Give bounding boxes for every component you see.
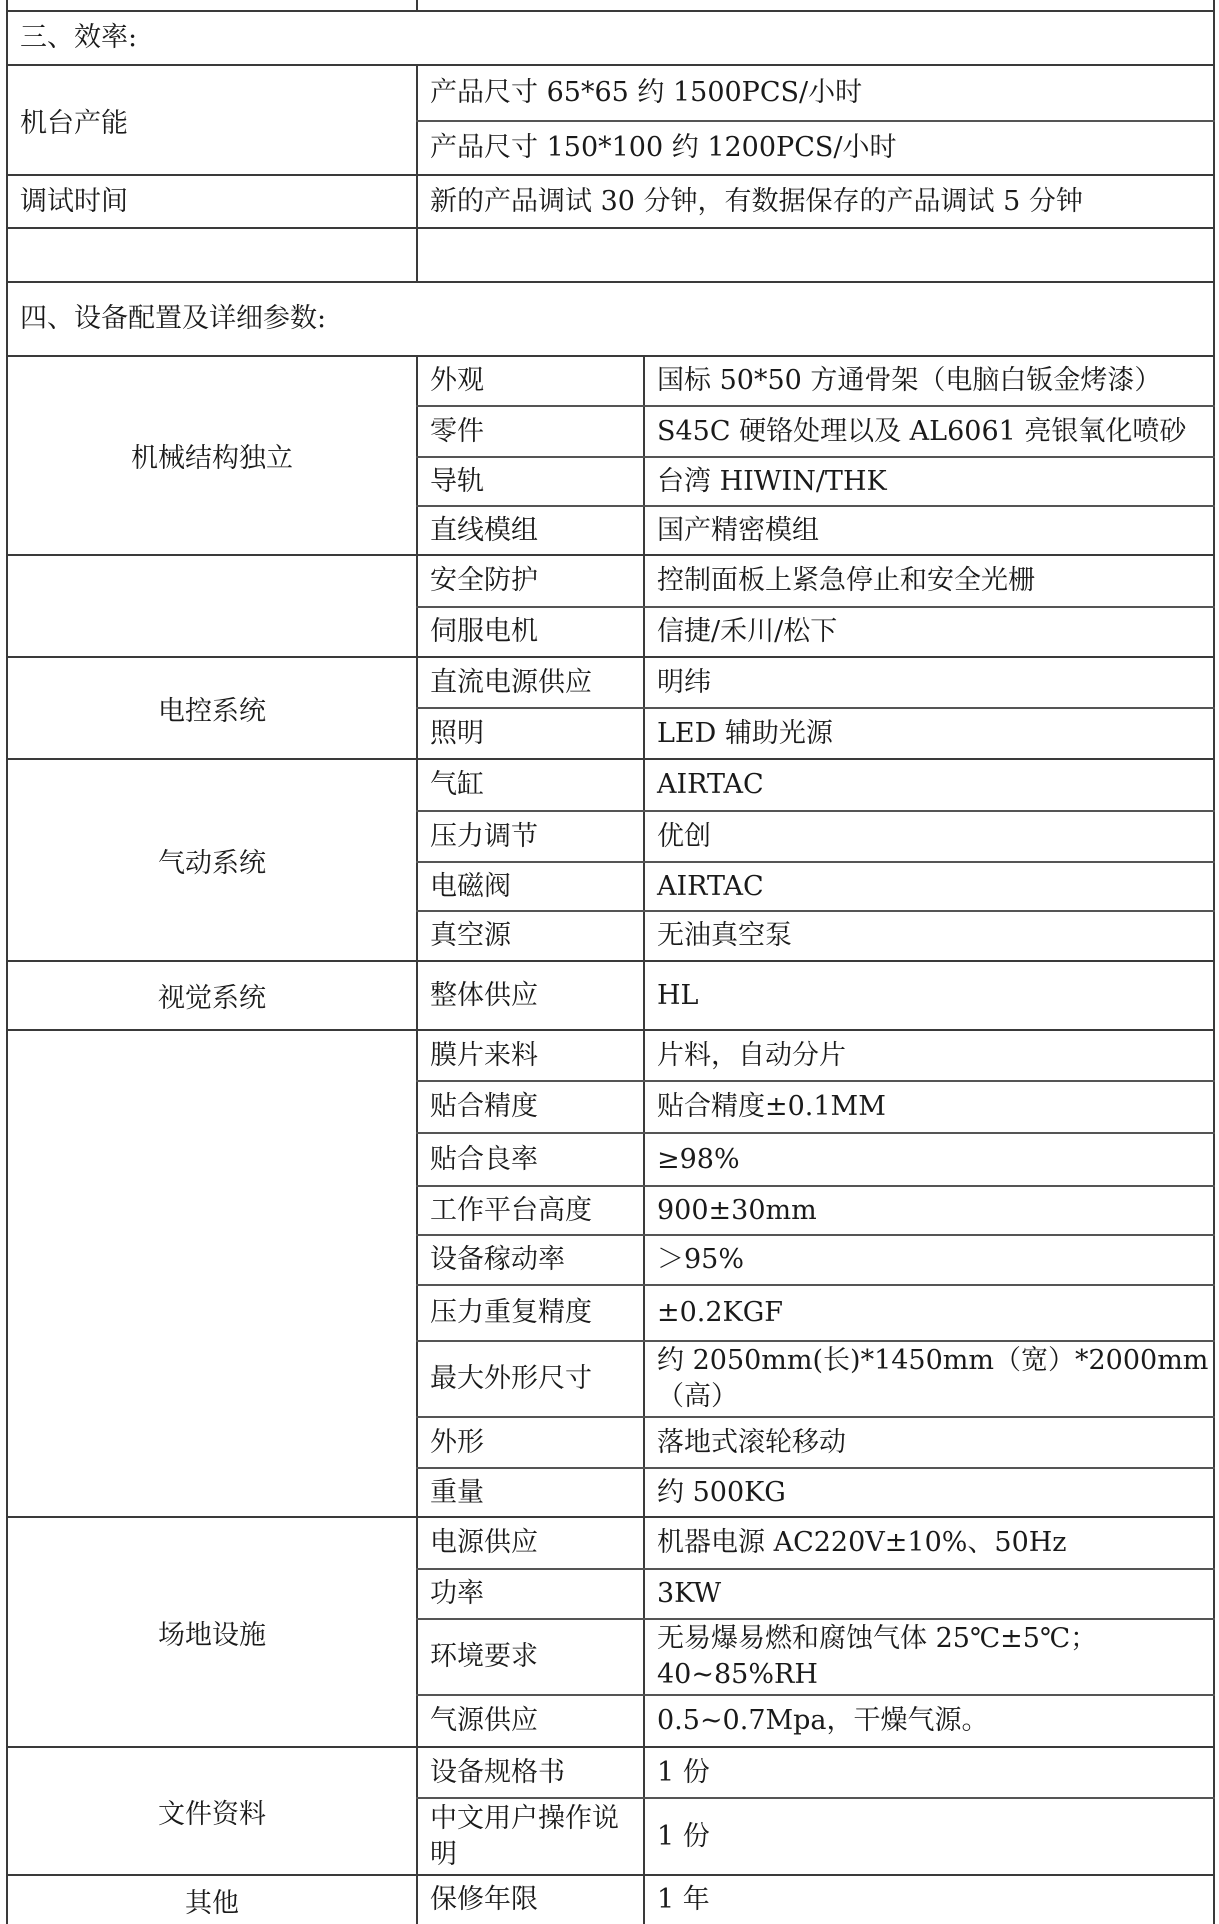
item-name: 设备规格书 bbox=[416, 1748, 643, 1797]
item-value: 1 年 bbox=[643, 1876, 1215, 1924]
item-value: 国产精密模组 bbox=[643, 507, 1215, 554]
group-label: 视觉系统 bbox=[6, 962, 416, 1029]
item-value: 约 500KG bbox=[643, 1469, 1215, 1516]
group-pneumatic: 气动系统 气缸AIRTAC 压力调节优创 电磁阀AIRTAC 真空源无油真空泵 bbox=[6, 758, 1215, 960]
item-value: 国标 50*50 方通骨架（电脑白钣金烤漆） bbox=[643, 357, 1215, 405]
item-name: 外形 bbox=[416, 1418, 643, 1467]
item-value: ±0.2KGF bbox=[643, 1286, 1215, 1340]
item-name: 照明 bbox=[416, 709, 643, 758]
item-name: 外观 bbox=[416, 357, 643, 405]
item-name: 贴合良率 bbox=[416, 1134, 643, 1185]
item-value: 控制面板上紧急停止和安全光栅 bbox=[643, 556, 1215, 606]
item-value: 信捷/禾川/松下 bbox=[643, 608, 1215, 656]
group-label: 电控系统 bbox=[6, 658, 416, 758]
section3-title: 三、效率: bbox=[6, 12, 1215, 64]
item-name: 重量 bbox=[416, 1469, 643, 1516]
item-name: 直流电源供应 bbox=[416, 658, 643, 707]
group-safety: 安全防护控制面板上紧急停止和安全光栅 伺服电机信捷/禾川/松下 bbox=[6, 554, 1215, 656]
capacity-row: 机台产能 产品尺寸 65*65 约 1500PCS/小时 产品尺寸 150*10… bbox=[6, 64, 1215, 174]
debug-time-value: 新的产品调试 30 分钟，有数据保存的产品调试 5 分钟 bbox=[416, 176, 1215, 227]
section4-header-row: 四、设备配置及详细参数: bbox=[6, 281, 1215, 355]
item-value: AIRTAC bbox=[643, 863, 1215, 910]
item-value: ≥98% bbox=[643, 1134, 1215, 1185]
item-value: 明纬 bbox=[643, 658, 1215, 707]
item-name: 功率 bbox=[416, 1570, 643, 1618]
group-electrical: 电控系统 直流电源供应明纬 照明LED 辅助光源 bbox=[6, 656, 1215, 758]
spec-table: 三、效率: 机台产能 产品尺寸 65*65 约 1500PCS/小时 产品尺寸 … bbox=[6, 10, 1215, 1924]
item-name: 压力重复精度 bbox=[416, 1286, 643, 1340]
section4-title: 四、设备配置及详细参数: bbox=[6, 283, 1215, 355]
item-name: 膜片来料 bbox=[416, 1031, 643, 1080]
item-name: 贴合精度 bbox=[416, 1082, 643, 1132]
group-label: 机械结构独立 bbox=[6, 357, 416, 554]
item-name: 压力调节 bbox=[416, 812, 643, 861]
item-name: 导轨 bbox=[416, 458, 643, 505]
group-label: 文件资料 bbox=[6, 1748, 416, 1874]
item-value: HL bbox=[643, 962, 1215, 1029]
group-label: 场地设施 bbox=[6, 1518, 416, 1746]
item-name: 直线模组 bbox=[416, 507, 643, 554]
group-performance: 膜片来料片料，自动分片 贴合精度贴合精度±0.1MM 贴合良率≥98% 工作平台… bbox=[6, 1029, 1215, 1516]
item-value: 1 份 bbox=[643, 1799, 1215, 1874]
capacity-value-1: 产品尺寸 65*65 约 1500PCS/小时 bbox=[416, 66, 1215, 120]
group-label bbox=[6, 1031, 416, 1516]
group-documents: 文件资料 设备规格书1 份 中文用户操作说明1 份 bbox=[6, 1746, 1215, 1874]
item-name: 保修年限 bbox=[416, 1876, 643, 1924]
group-label: 气动系统 bbox=[6, 760, 416, 960]
item-name: 环境要求 bbox=[416, 1620, 643, 1694]
item-value: AIRTAC bbox=[643, 760, 1215, 810]
item-value: 落地式滚轮移动 bbox=[643, 1418, 1215, 1467]
group-label: 其他 bbox=[6, 1876, 416, 1924]
previous-row-stub bbox=[6, 0, 1215, 10]
empty-value bbox=[416, 229, 1215, 281]
item-name: 伺服电机 bbox=[416, 608, 643, 656]
item-value: S45C 硬铬处理以及 AL6061 亮银氧化喷砂 bbox=[643, 407, 1215, 456]
capacity-label: 机台产能 bbox=[6, 66, 416, 174]
capacity-value-2: 产品尺寸 150*100 约 1200PCS/小时 bbox=[416, 122, 1215, 174]
item-name: 电源供应 bbox=[416, 1518, 643, 1568]
item-name: 气缸 bbox=[416, 760, 643, 810]
item-value: 片料，自动分片 bbox=[643, 1031, 1215, 1080]
empty-label bbox=[6, 229, 416, 281]
section3-header-row: 三、效率: bbox=[6, 10, 1215, 64]
empty-row bbox=[6, 227, 1215, 281]
item-value: 900±30mm bbox=[643, 1187, 1215, 1234]
item-value: LED 辅助光源 bbox=[643, 709, 1215, 758]
group-mechanical: 机械结构独立 外观国标 50*50 方通骨架（电脑白钣金烤漆） 零件S45C 硬… bbox=[6, 355, 1215, 554]
item-value: 1 份 bbox=[643, 1748, 1215, 1797]
item-name: 零件 bbox=[416, 407, 643, 456]
item-value: 无油真空泵 bbox=[643, 912, 1215, 960]
debug-time-row: 调试时间 新的产品调试 30 分钟，有数据保存的产品调试 5 分钟 bbox=[6, 174, 1215, 227]
item-name: 最大外形尺寸 bbox=[416, 1342, 643, 1416]
item-name: 设备稼动率 bbox=[416, 1236, 643, 1284]
item-value: 无易爆易燃和腐蚀气体 25℃±5℃；40~85%RH bbox=[643, 1620, 1215, 1694]
item-value: 3KW bbox=[643, 1570, 1215, 1618]
item-name: 工作平台高度 bbox=[416, 1187, 643, 1234]
group-other: 其他 保修年限1 年 bbox=[6, 1874, 1215, 1924]
item-value: ＞95% bbox=[643, 1236, 1215, 1284]
item-name: 安全防护 bbox=[416, 556, 643, 606]
item-name: 整体供应 bbox=[416, 962, 643, 1029]
item-value: 0.5~0.7Mpa，干燥气源。 bbox=[643, 1696, 1215, 1746]
item-name: 真空源 bbox=[416, 912, 643, 960]
item-value: 台湾 HIWIN/THK bbox=[643, 458, 1215, 505]
item-value: 机器电源 AC220V±10%、50Hz bbox=[643, 1518, 1215, 1568]
item-value: 约 2050mm(长)*1450mm（宽）*2000mm（高） bbox=[643, 1342, 1215, 1416]
item-name: 电磁阀 bbox=[416, 863, 643, 910]
item-name: 气源供应 bbox=[416, 1696, 643, 1746]
group-label bbox=[6, 556, 416, 656]
item-name: 中文用户操作说明 bbox=[416, 1799, 643, 1874]
item-value: 优创 bbox=[643, 812, 1215, 861]
item-value: 贴合精度±0.1MM bbox=[643, 1082, 1215, 1132]
group-vision: 视觉系统 整体供应HL bbox=[6, 960, 1215, 1029]
debug-time-label: 调试时间 bbox=[6, 176, 416, 227]
group-site: 场地设施 电源供应机器电源 AC220V±10%、50Hz 功率3KW 环境要求… bbox=[6, 1516, 1215, 1746]
